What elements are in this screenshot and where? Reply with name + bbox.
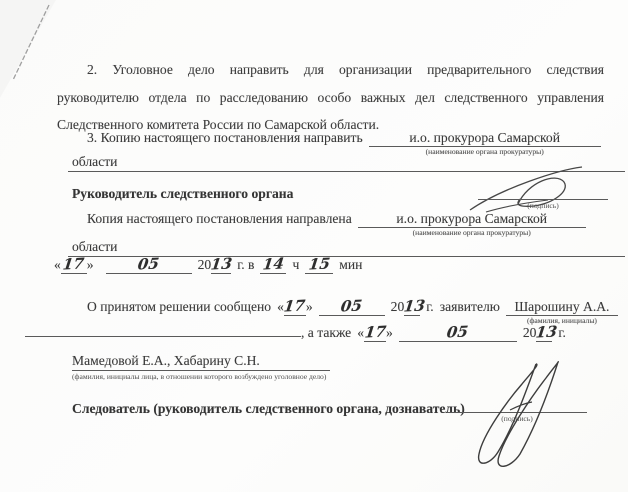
month-handwritten: 05 bbox=[137, 257, 160, 270]
close-quote: » bbox=[306, 299, 313, 315]
also-day-blank: 17 bbox=[364, 325, 386, 342]
notified-month-handwritten: 05 bbox=[340, 299, 363, 312]
applicant-name-caption: (фамилия, инициалы) bbox=[506, 316, 618, 325]
investigator-label: Следователь (руководитель следственного … bbox=[72, 401, 465, 417]
clause-3-label: 3. Копию настоящего постановления направ… bbox=[87, 130, 363, 146]
persons-caption: (фамилия, инициалы лица, в отношении кот… bbox=[72, 372, 372, 381]
scanned-document-page: 2. Уголовное дело направить для организа… bbox=[0, 0, 628, 492]
year-blank: 13 bbox=[211, 257, 231, 274]
prosecutor-office-field: и.о. прокурора Самарской (наименование о… bbox=[369, 130, 601, 147]
minute-blank: 15 bbox=[305, 257, 333, 274]
also-notified-row: , а также « 17 » 05 20 13 г. bbox=[25, 325, 566, 342]
oblast-2-text: области bbox=[68, 239, 117, 254]
open-quote: « bbox=[54, 257, 61, 273]
notified-year-blank: 13 bbox=[404, 299, 420, 316]
persons-row: Мамедовой Е.А., Хабарину С.Н. (фамилия, … bbox=[72, 352, 372, 381]
sent-datetime-row: « 17 » 05 20 13 г. в 14 ч 15 мин bbox=[54, 257, 362, 274]
clause-3-row: 3. Копию настоящего постановления направ… bbox=[57, 130, 605, 147]
also-year-handwritten: 13 bbox=[536, 325, 559, 338]
copy-office-value: и.о. прокурора Самарской bbox=[396, 211, 547, 226]
minute-suffix: мин bbox=[339, 257, 362, 273]
close-quote: » bbox=[87, 257, 94, 273]
minute-handwritten: 15 bbox=[308, 257, 331, 270]
notified-day-blank: 17 bbox=[284, 299, 306, 316]
open-quote: « bbox=[357, 325, 364, 341]
investigator-signature bbox=[452, 358, 597, 470]
applicant-name: Шарошину А.А. bbox=[514, 299, 609, 314]
notified-label: О принятом решении сообщено bbox=[87, 299, 271, 315]
year-g: г. bbox=[426, 299, 433, 315]
copy-office-caption: (наименование органа прокуратуры) bbox=[358, 228, 586, 237]
persons-names: Мамедовой Е.А., Хабарину С.Н. bbox=[72, 353, 330, 371]
also-year-blank: 13 bbox=[536, 325, 552, 342]
year-suffix: г. в bbox=[237, 257, 254, 273]
prosecutor-office-value: и.о. прокурора Самарской bbox=[409, 130, 560, 145]
notified-year-handwritten: 13 bbox=[403, 299, 426, 312]
day-blank: 17 bbox=[61, 257, 87, 274]
year-g: г. bbox=[558, 325, 565, 341]
copy-sent-row: Копия настоящего постановления направлен… bbox=[57, 211, 605, 228]
hour-suffix: ч bbox=[292, 257, 299, 273]
paragraph-clause-2: 2. Уголовное дело направить для организа… bbox=[57, 56, 604, 139]
copy-office-field: и.о. прокурора Самарской (наименование о… bbox=[358, 211, 586, 228]
close-quote: » bbox=[386, 325, 393, 341]
also-day-handwritten: 17 bbox=[364, 325, 387, 338]
also-month-handwritten: 05 bbox=[447, 325, 470, 338]
hour-handwritten: 14 bbox=[262, 257, 285, 270]
year-handwritten: 13 bbox=[210, 257, 233, 270]
head-signature-line: (подпись) bbox=[478, 199, 608, 210]
head-of-body-label: Руководитель следственного органа bbox=[72, 186, 293, 202]
day-handwritten: 17 bbox=[63, 257, 86, 270]
oblast-1-text: области bbox=[68, 154, 117, 169]
applicant-label: заявителю bbox=[440, 299, 500, 315]
notified-month-blank: 05 bbox=[319, 299, 385, 316]
also-blank-long bbox=[25, 336, 301, 337]
copy-sent-label: Копия настоящего постановления направлен… bbox=[87, 211, 352, 227]
also-month-blank: 05 bbox=[399, 325, 517, 342]
also-label: , а также bbox=[301, 325, 351, 341]
notified-day-handwritten: 17 bbox=[284, 299, 307, 312]
month-blank: 05 bbox=[106, 257, 192, 274]
applicant-name-field: Шарошину А.А. (фамилия, инициалы) bbox=[506, 299, 618, 316]
head-signature-caption: (подпись) bbox=[478, 201, 608, 210]
hour-blank: 14 bbox=[260, 257, 286, 274]
notified-row: О принятом решении сообщено « 17 » 05 20… bbox=[57, 299, 618, 316]
